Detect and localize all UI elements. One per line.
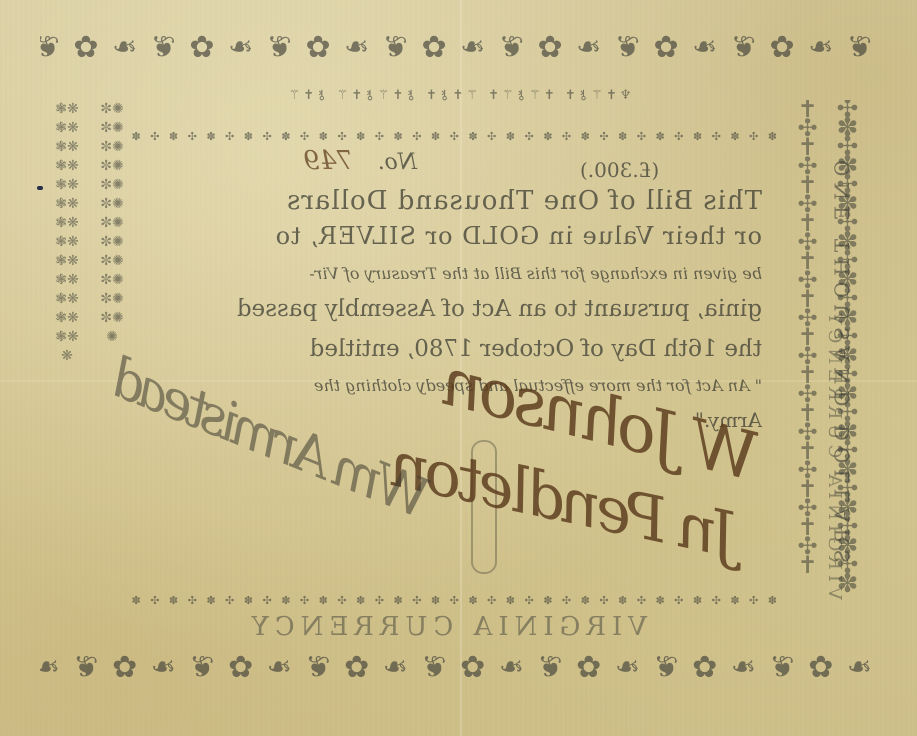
left-inner-ornament-column: ✝✣✝✣✝✣✝✣✝✣✝✣✝✣✝✣✝✣✝✣✝✣✝✣✝: [795, 100, 819, 640]
right-vertical-caption: ONE THOUSAND DOLLARS: [830, 160, 854, 620]
body-line-2: or their Value in GOLD or SILVER, to: [122, 222, 762, 250]
body-line-4: ginia, pursuant to an Act of Assembly pa…: [122, 296, 762, 322]
serial-label: No.: [378, 150, 417, 175]
right-outer-ornament-column: ❋❃❋❃❋❃❋❃❋❃❋❃❋❃❋❃❋❃❋❃❋❃❋❃❋❃❋: [55, 100, 79, 660]
ink-spot: [37, 186, 43, 190]
bottom-caption: VIRGINIA CURRENCY: [246, 612, 647, 642]
currency-note: ❦ ❧ ✿ ❦ ❧ ✿ ❦ ❧ ✿ ❦ ❧ ✿ ❦ ❧ ✿ ❦ ❧ ✿ ❦ ❧ …: [0, 0, 917, 736]
top-cipher-line: ♆✝⚚⚷✝ ✝⚚⚷⚚✝ ⚚✝⚷✝ ⚷✝⚚⚷✝⚚ ⚷✝⚚: [140, 88, 777, 103]
right-inner-ornament-column: ✺✼✺✼✺✼✺✼✺✼✺✼✺✼✺✼✺✼✺✼✺✼✺✼✺: [100, 100, 124, 620]
denomination-mark: (£.300.): [580, 158, 659, 182]
body-line-3: be given in exchange for this Bill at th…: [122, 264, 762, 283]
serial-number-handwritten: 749: [303, 146, 353, 176]
body-line-5: the 16th Day of October 1780, entitled: [122, 336, 762, 362]
bottom-ornamental-border: ❧ ✿ ❦ ❧ ✿ ❦ ❧ ✿ ❦ ❧ ✿ ❦ ❧ ✿ ❦ ❧ ✿ ❦ ❧ ✿ …: [40, 650, 872, 700]
top-star-row: ✽ ✣ ✽ ✣ ✽ ✣ ✽ ✣ ✽ ✣ ✽ ✣ ✽ ✣ ✽ ✣ ✽ ✣ ✽ ✣ …: [90, 130, 777, 144]
signature-3: Wm Armistead: [106, 347, 439, 530]
top-ornamental-border: ❦ ❧ ✿ ❦ ❧ ✿ ❦ ❧ ✿ ❦ ❧ ✿ ❦ ❧ ✿ ❦ ❧ ✿ ❦ ❧ …: [40, 30, 872, 80]
body-line-1: This Bill of One Thousand Dollars: [122, 186, 762, 216]
bottom-star-row: ✽ ✣ ✽ ✣ ✽ ✣ ✽ ✣ ✽ ✣ ✽ ✣ ✽ ✣ ✽ ✣ ✽ ✣ ✽ ✣ …: [90, 594, 777, 608]
